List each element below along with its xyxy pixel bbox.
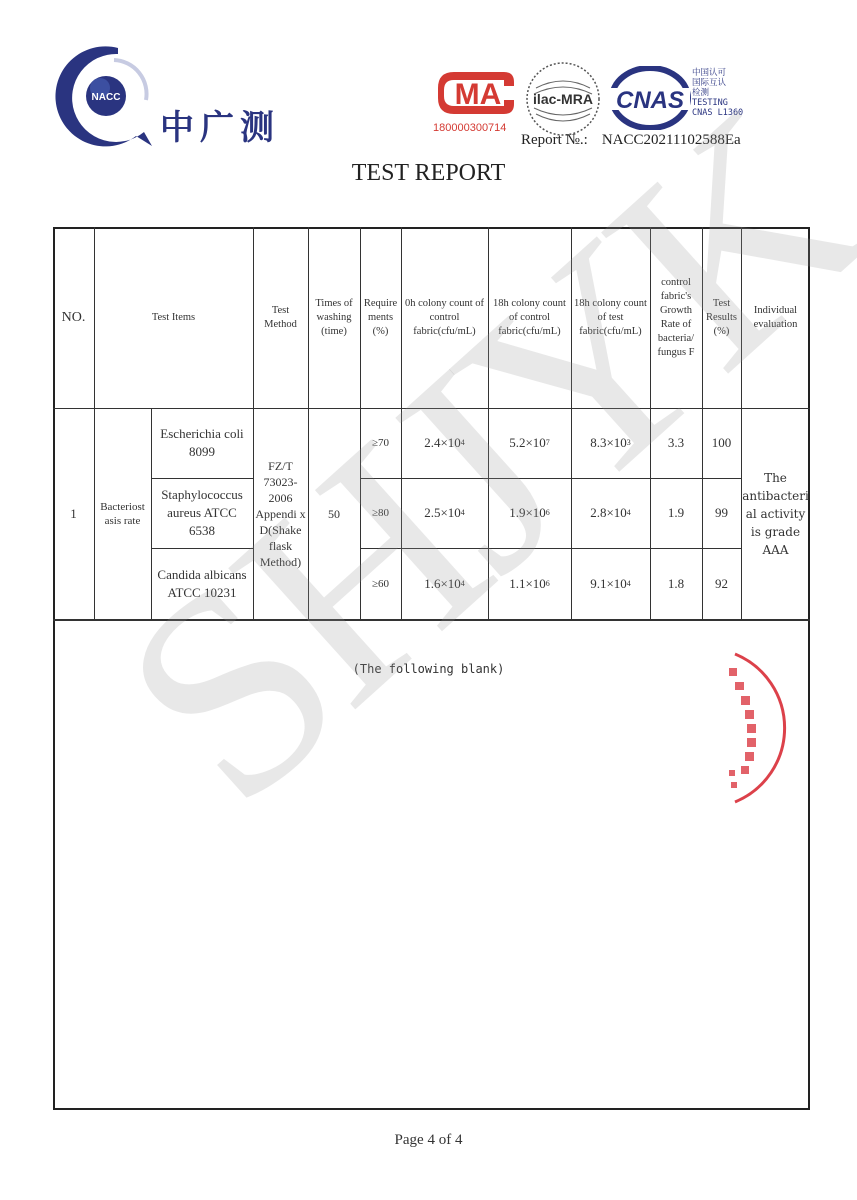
header-no: NO. (53, 227, 94, 408)
cnas-line: CNAS L1360 (692, 108, 743, 118)
growth-rate-value: 3.3 (650, 408, 702, 478)
svg-text:NACC: NACC (92, 92, 121, 103)
header-growth-rate: control fabric's Growth Rate of bacteria… (650, 227, 702, 408)
organism-name: Candida albicans ATCC 10231 (151, 548, 253, 619)
report-number-label: Report №.: (521, 132, 588, 148)
test-result-value: 100 (702, 408, 741, 478)
times-ten: ×10 (606, 505, 626, 521)
times-ten: ×10 (525, 576, 545, 592)
organism-name: Escherichia coli 8099 (151, 408, 253, 478)
page-number: Page 4 of 4 (0, 1132, 857, 1149)
count-mantissa: 2.8 (590, 505, 606, 521)
growth-rate-value: 1.8 (650, 548, 702, 619)
count-mantissa: 8.3 (590, 435, 606, 451)
ilac-mra-mark: ilac-MRA (524, 60, 602, 138)
times-ten: ×10 (525, 505, 545, 521)
count-mantissa: 9.1 (590, 576, 606, 592)
cnas-line: 检测 (692, 88, 743, 98)
count-mantissa: 2.4 (424, 435, 440, 451)
control-18h-count: 1.1×106 (488, 548, 571, 619)
evaluation-value: The antibacteri al activity is grade AAA (741, 408, 810, 619)
count-mantissa: 1.9 (509, 505, 525, 521)
report-number-value: NACC20211102588Ea (602, 132, 741, 148)
times-ten: ×10 (606, 576, 626, 592)
report-number: Report №.:NACC20211102588Ea (521, 132, 741, 149)
official-seal (715, 648, 795, 808)
header-0h-control: 0h colony count of control fabric(cfu/mL… (401, 227, 488, 408)
header-18h-test: 18h colony count of test fabric(cfu/mL) (571, 227, 650, 408)
cma-number: 180000300714 (433, 122, 506, 134)
header-test-results: Test Results (%) (702, 227, 741, 408)
test-item-category: Bacteriost asis rate (94, 408, 151, 619)
times-washing-value: 50 (308, 408, 360, 619)
cnas-accreditation-text: 中国认可 国际互认 检测 TESTING CNAS L1360 (692, 68, 743, 118)
times-ten: ×10 (525, 435, 545, 451)
svg-text:MA: MA (455, 78, 502, 111)
header-requirements: Require ments (%) (360, 227, 401, 408)
cnas-line: 国际互认 (692, 78, 743, 88)
count-mantissa: 2.5 (424, 505, 440, 521)
control-18h-count: 1.9×106 (488, 478, 571, 548)
times-ten: ×10 (440, 505, 460, 521)
control-0h-count: 1.6×104 (401, 548, 488, 619)
times-ten: ×10 (606, 435, 626, 451)
page-title: TEST REPORT (0, 160, 857, 187)
test-method-value: FZ/T 73023-2006 Appendi x D(Shake flask … (253, 408, 308, 619)
header-18h-control: 18h colony count of control fabric(cfu/m… (488, 227, 571, 408)
times-ten: ×10 (440, 576, 460, 592)
test-18h-count: 8.3×103 (571, 408, 650, 478)
test-result-value: 99 (702, 478, 741, 548)
cnas-line: 中国认可 (692, 68, 743, 78)
cnas-line: TESTING (692, 98, 743, 108)
organism-name: Staphylococcus aureus ATCC 6538 (151, 478, 253, 548)
test-result-value: 92 (702, 548, 741, 619)
header-evaluation: Individual evaluation (741, 227, 810, 408)
row-divider (53, 619, 810, 621)
count-mantissa: 1.1 (509, 576, 525, 592)
svg-text:CNAS: CNAS (616, 87, 684, 114)
control-0h-count: 2.4×104 (401, 408, 488, 478)
count-mantissa: 1.6 (424, 576, 440, 592)
control-0h-count: 2.5×104 (401, 478, 488, 548)
requirement-value: ≥80 (360, 478, 401, 548)
cma-mark: MA (434, 68, 518, 118)
test-18h-count: 9.1×104 (571, 548, 650, 619)
requirement-value: ≥70 (360, 408, 401, 478)
header-times-washing: Times of washing (time) (308, 227, 360, 408)
row-number: 1 (53, 408, 94, 619)
requirement-value: ≥60 (360, 548, 401, 619)
growth-rate-value: 1.9 (650, 478, 702, 548)
times-ten: ×10 (440, 435, 460, 451)
control-18h-count: 5.2×107 (488, 408, 571, 478)
company-name: 中广测 (160, 100, 280, 149)
svg-text:ilac-MRA: ilac-MRA (533, 91, 593, 107)
count-mantissa: 5.2 (509, 435, 525, 451)
header-test-items: Test Items (94, 227, 253, 408)
test-18h-count: 2.8×104 (571, 478, 650, 548)
header-test-method: Test Method (253, 227, 308, 408)
